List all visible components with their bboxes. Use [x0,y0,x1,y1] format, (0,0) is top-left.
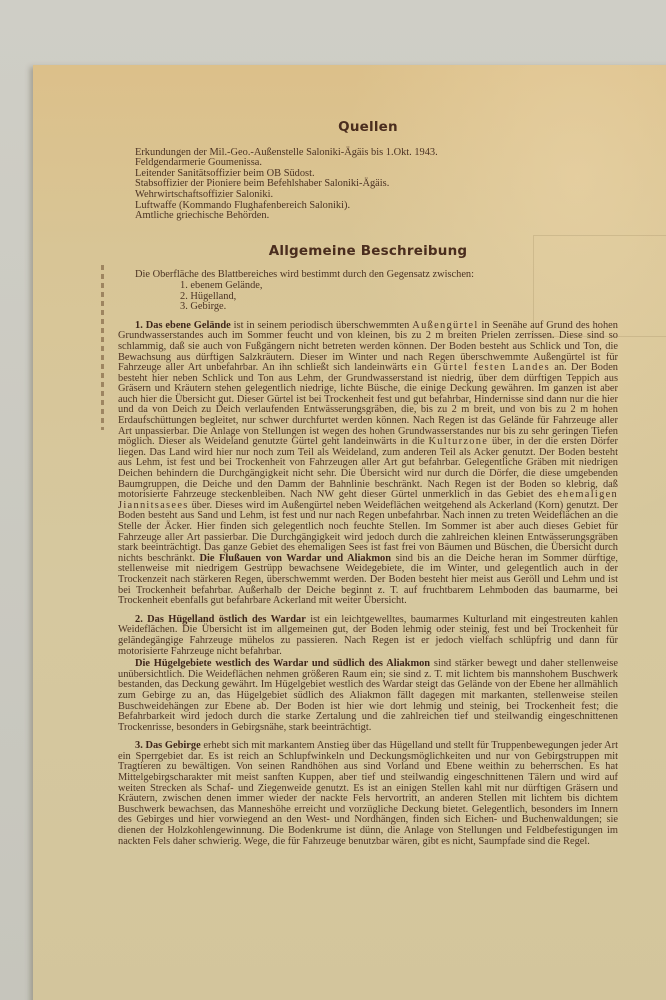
enum-item: 3. Gebirge. [180,302,618,313]
document-content: Quellen Erkundungen der Mil.-Geo.-Außens… [118,122,618,855]
body-text: erhebt sich mit markantem Anstieg über d… [118,740,618,846]
paper-crease [101,265,104,430]
section-mountains: 3. Das Gebirge erhebt sich mit markantem… [118,741,618,847]
emphasis-text: Außengürtel [412,320,478,331]
body-text: ist in seinem periodisch überschwemmten [231,320,413,331]
section-hill-country-west: Die Hügelgebiete westlich des Wardar und… [118,659,618,733]
source-item: Amtliche griechische Behörden. [135,211,618,222]
enum-item: 2. Hügelland, [180,292,618,303]
section-hill-country-east: 2. Das Hügelland östlich des Wardar ist … [118,615,618,657]
section-lead: 3. Das Gebirge [135,740,201,751]
enum-item: 1. ebenem Gelände, [180,281,618,292]
section-plain-terrain: 1. Das ebene Gelände ist in seinem perio… [118,321,618,607]
section-lead: 1. Das ebene Gelände [135,320,231,331]
body-text: an. Der Boden besteht hier neben Schlick… [118,362,618,447]
section-lead: Die Flußauen von Wardar und Aliakmon [200,553,392,564]
sources-list: Erkundungen der Mil.-Geo.-Außenstelle Sa… [135,148,618,222]
terrain-enumeration: 1. ebenem Gelände, 2. Hügelland, 3. Gebi… [180,281,618,313]
description-heading: Allgemeine Beschreibung [118,246,618,257]
section-lead: Die Hügelgebiete westlich des Wardar und… [135,658,430,669]
emphasis-text: Kulturzone [428,436,488,447]
source-item: Wehrwirtschaftsoffizier Saloniki. [135,190,618,201]
emphasis-text: ein Gürtel festen Landes [412,362,550,373]
body-text: sind stärker bewegt und daher stellenwei… [118,658,618,733]
sources-heading: Quellen [118,122,618,133]
